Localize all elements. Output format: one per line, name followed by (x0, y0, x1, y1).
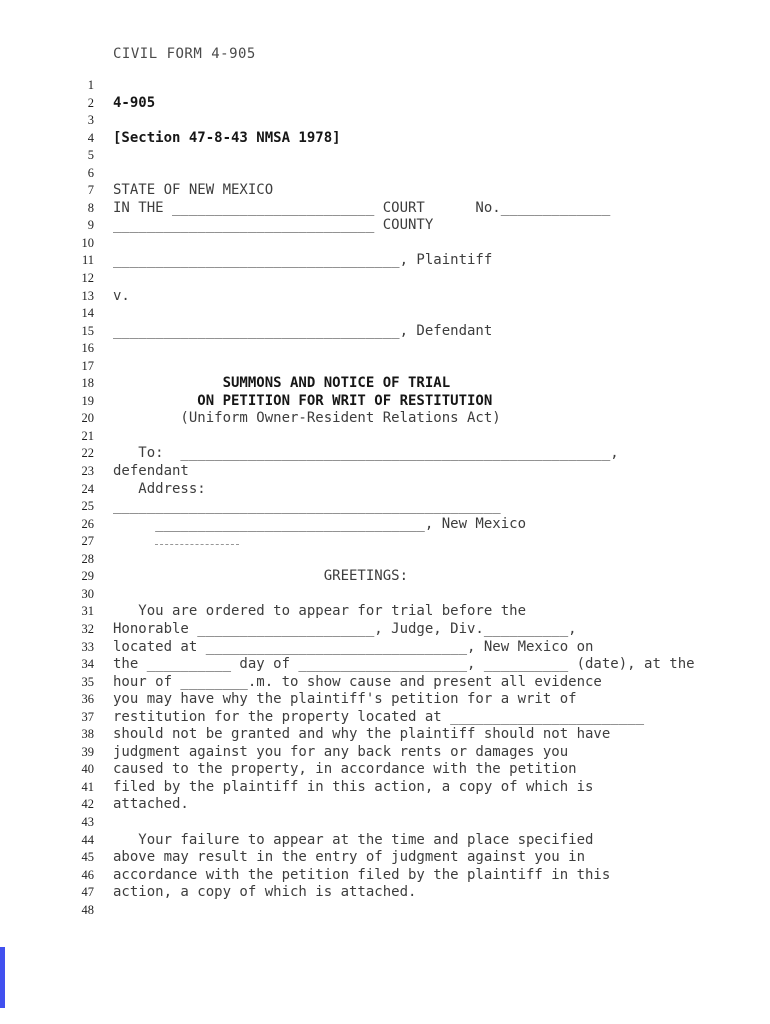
document-line: 1 (0, 77, 770, 95)
line-number: 32 (0, 621, 94, 639)
line-text: above may result in the entry of judgmen… (94, 849, 585, 867)
document-line: 20 (Uniform Owner-Resident Relations Act… (0, 410, 770, 428)
line-text: Honorable _____________________, Judge, … (94, 621, 577, 639)
line-text: __________________________________, Defe… (94, 323, 492, 341)
line-text: located at _____________________________… (94, 639, 593, 657)
document-line: 27 (0, 533, 770, 551)
document-line: 6 (0, 165, 770, 183)
document-line: 22 To: _________________________________… (0, 445, 770, 463)
document-line: 9_______________________________ COUNTY (0, 217, 770, 235)
line-number: 17 (0, 358, 94, 376)
document-line: 11__________________________________, Pl… (0, 252, 770, 270)
document-line: 8IN THE ________________________ COURT N… (0, 200, 770, 218)
page-container: CIVIL FORM 4-905 124-90534[Section 47-8-… (0, 0, 770, 1024)
document-line: 41filed by the plaintiff in this action,… (0, 779, 770, 797)
line-number: 20 (0, 410, 94, 428)
document-line: 47action, a copy of which is attached. (0, 884, 770, 902)
line-text: judgment against you for any back rents … (94, 744, 568, 762)
form-header: CIVIL FORM 4-905 (113, 46, 256, 62)
line-text: caused to the property, in accordance wi… (94, 761, 577, 779)
document-line: 14 (0, 305, 770, 323)
line-number: 8 (0, 200, 94, 218)
document-line: 43 (0, 814, 770, 832)
line-number: 2 (0, 95, 94, 113)
line-number: 12 (0, 270, 94, 288)
line-text: the __________ day of __________________… (94, 656, 695, 674)
document-line: 17 (0, 358, 770, 376)
line-number: 44 (0, 832, 94, 850)
line-text: accordance with the petition filed by th… (94, 867, 610, 885)
line-text: hour of ________.m. to show cause and pr… (94, 674, 602, 692)
line-text: Your failure to appear at the time and p… (94, 832, 593, 850)
line-number: 6 (0, 165, 94, 183)
document-line: 30 (0, 586, 770, 604)
line-number: 21 (0, 428, 94, 446)
document-line: 40caused to the property, in accordance … (0, 761, 770, 779)
document-line: 5 (0, 147, 770, 165)
line-number: 30 (0, 586, 94, 604)
line-number: 24 (0, 481, 94, 499)
document-line: 46accordance with the petition filed by … (0, 867, 770, 885)
line-number: 10 (0, 235, 94, 253)
line-number: 28 (0, 551, 94, 569)
document-line: 24-905 (0, 95, 770, 113)
document-line: 26 ________________________________, New… (0, 516, 770, 534)
line-number: 38 (0, 726, 94, 744)
line-number: 41 (0, 779, 94, 797)
line-number: 46 (0, 867, 94, 885)
line-number: 13 (0, 288, 94, 306)
document-line: 33located at ___________________________… (0, 639, 770, 657)
line-number: 26 (0, 516, 94, 534)
document-line: 37restitution for the property located a… (0, 709, 770, 727)
line-text: you may have why the plaintiff's petitio… (94, 691, 577, 709)
document-line: 29 GREETINGS: (0, 568, 770, 586)
line-number: 35 (0, 674, 94, 692)
dotted-blank-line (155, 534, 239, 545)
line-number: 25 (0, 498, 94, 516)
line-number: 14 (0, 305, 94, 323)
line-text: SUMMONS AND NOTICE OF TRIAL (94, 375, 450, 393)
line-text: attached. (94, 796, 189, 814)
document-line: 24 Address: (0, 481, 770, 499)
document-line: 10 (0, 235, 770, 253)
line-number: 9 (0, 217, 94, 235)
document-line: 44 Your failure to appear at the time an… (0, 832, 770, 850)
line-number: 18 (0, 375, 94, 393)
line-number: 4 (0, 130, 94, 148)
line-number: 1 (0, 77, 94, 95)
document-line: 34the __________ day of ________________… (0, 656, 770, 674)
line-number: 7 (0, 182, 94, 200)
line-text: IN THE ________________________ COURT No… (94, 200, 610, 218)
line-number: 29 (0, 568, 94, 586)
line-text: 4-905 (94, 95, 155, 113)
line-text: [Section 47-8-43 NMSA 1978] (94, 130, 341, 148)
line-number: 42 (0, 796, 94, 814)
line-number: 3 (0, 112, 94, 130)
line-text: v. (94, 288, 130, 306)
line-number: 37 (0, 709, 94, 727)
line-text: ________________________________, New Me… (94, 516, 526, 534)
line-number: 31 (0, 603, 94, 621)
line-number: 47 (0, 884, 94, 902)
line-text: (Uniform Owner-Resident Relations Act) (94, 410, 501, 428)
line-number: 33 (0, 639, 94, 657)
document-line: 42attached. (0, 796, 770, 814)
line-text: defendant (94, 463, 189, 481)
document-line: 38should not be granted and why the plai… (0, 726, 770, 744)
line-number: 45 (0, 849, 94, 867)
line-number: 16 (0, 340, 94, 358)
line-number: 15 (0, 323, 94, 341)
line-text: filed by the plaintiff in this action, a… (94, 779, 593, 797)
line-text: action, a copy of which is attached. (94, 884, 416, 902)
document-line: 19 ON PETITION FOR WRIT OF RESTITUTION (0, 393, 770, 411)
document-lines: 124-90534[Section 47-8-43 NMSA 1978]567S… (0, 77, 770, 919)
line-text (94, 533, 239, 551)
document-line: 28 (0, 551, 770, 569)
document-line: 32Honorable _____________________, Judge… (0, 621, 770, 639)
line-text: You are ordered to appear for trial befo… (94, 603, 526, 621)
document-line: 18 SUMMONS AND NOTICE OF TRIAL (0, 375, 770, 393)
document-line: 23defendant (0, 463, 770, 481)
document-line: 16 (0, 340, 770, 358)
line-number: 19 (0, 393, 94, 411)
line-text: ________________________________________… (94, 498, 501, 516)
text-cursor (0, 947, 5, 1008)
line-text: STATE OF NEW MEXICO (94, 182, 273, 200)
line-number: 43 (0, 814, 94, 832)
line-number: 27 (0, 533, 94, 551)
line-number: 36 (0, 691, 94, 709)
document-line: 35hour of ________.m. to show cause and … (0, 674, 770, 692)
line-text: To: ____________________________________… (94, 445, 619, 463)
document-line: 36you may have why the plaintiff's petit… (0, 691, 770, 709)
line-text: GREETINGS: (94, 568, 408, 586)
line-text: restitution for the property located at … (94, 709, 644, 727)
line-number: 39 (0, 744, 94, 762)
line-number: 40 (0, 761, 94, 779)
document-line: 3 (0, 112, 770, 130)
document-line: 12 (0, 270, 770, 288)
document-line: 45above may result in the entry of judgm… (0, 849, 770, 867)
document-line: 31 You are ordered to appear for trial b… (0, 603, 770, 621)
document-line: 39judgment against you for any back rent… (0, 744, 770, 762)
line-number: 23 (0, 463, 94, 481)
document-line: 48 (0, 902, 770, 920)
line-text: should not be granted and why the plaint… (94, 726, 610, 744)
line-number: 48 (0, 902, 94, 920)
document-line: 13v. (0, 288, 770, 306)
line-text: Address: (94, 481, 206, 499)
line-number: 5 (0, 147, 94, 165)
line-text: ON PETITION FOR WRIT OF RESTITUTION (94, 393, 492, 411)
line-number: 11 (0, 252, 94, 270)
document-line: 7STATE OF NEW MEXICO (0, 182, 770, 200)
document-line: 25______________________________________… (0, 498, 770, 516)
line-number: 34 (0, 656, 94, 674)
document-line: 15__________________________________, De… (0, 323, 770, 341)
line-number: 22 (0, 445, 94, 463)
line-text: __________________________________, Plai… (94, 252, 492, 270)
document-line: 21 (0, 428, 770, 446)
line-text: _______________________________ COUNTY (94, 217, 433, 235)
document-line: 4[Section 47-8-43 NMSA 1978] (0, 130, 770, 148)
